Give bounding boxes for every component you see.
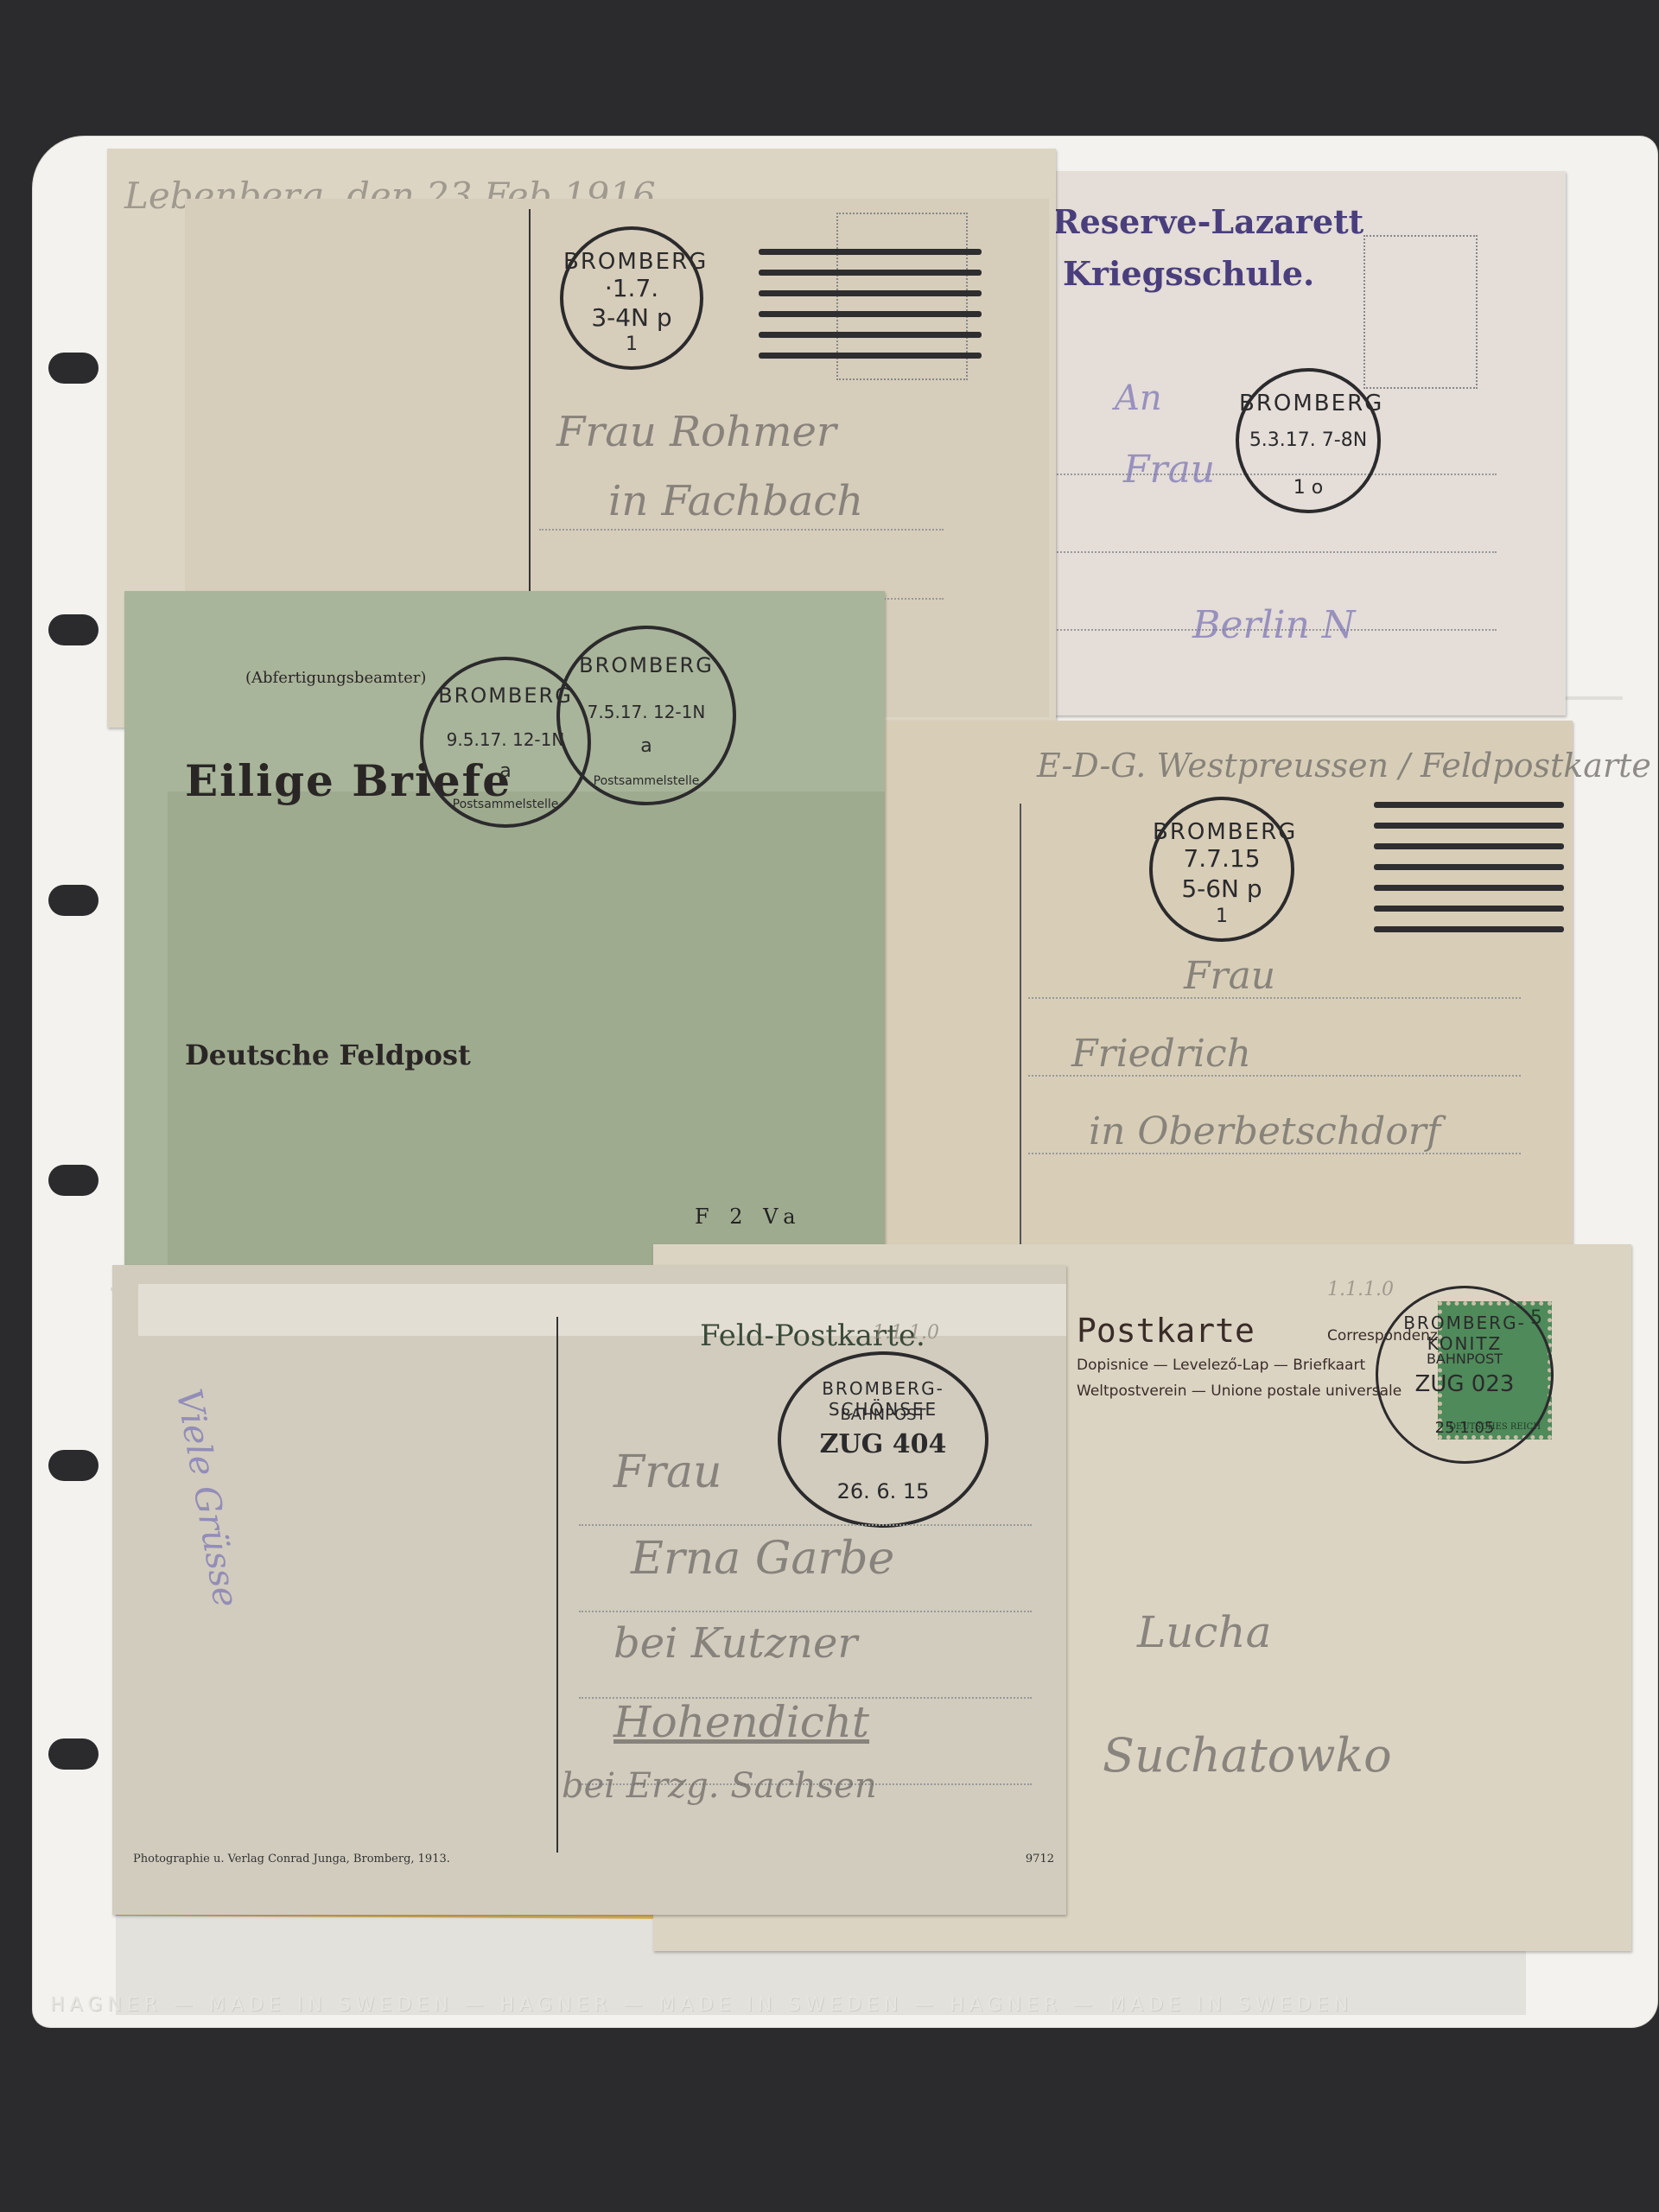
subtitle-deutsche-feldpost: Deutsche Feldpost [185, 1039, 471, 1071]
postcard-lazarett: Reserve-Lazarett Kriegsschule. An Frau B… [1037, 171, 1566, 715]
handwriting: in Fachbach [608, 477, 863, 525]
pencil-note: 1.1.1.0 [1327, 1279, 1394, 1300]
killer-bars [759, 249, 982, 373]
printed-header-line2: Kriegsschule. [1063, 254, 1314, 293]
handwriting: in Oberbetschdorf [1089, 1109, 1440, 1154]
divider-line [529, 209, 531, 641]
killer-bars [1374, 802, 1564, 947]
stamp-box [1363, 235, 1478, 389]
binder-hole [48, 885, 99, 916]
pencil-note: 1.1.1.0 [873, 1322, 939, 1344]
handwriting: Frau [1184, 954, 1275, 998]
handwriting: Erna Garbe [631, 1533, 894, 1585]
address-line [1028, 997, 1521, 999]
binder-hole [48, 1165, 99, 1196]
postmark-bahnpost: BROMBERG-KONITZ BAHNPOST ZUG 023 25.1.05 [1376, 1286, 1554, 1464]
handwriting: Berlin N [1192, 603, 1355, 647]
printed-postkarte: Postkarte [1077, 1312, 1255, 1350]
green-feldpost-envelope: (Abfertigungsbeamter) Eilige Briefe Deut… [124, 591, 885, 1282]
handwriting: bei Kutzner [613, 1619, 857, 1668]
handwritten-header: E-D-G. Westpreussen / Feldpostkarte [1037, 747, 1651, 785]
address-line [1054, 551, 1497, 553]
address-line [539, 529, 944, 531]
handwriting: Frau [613, 1446, 721, 1498]
binder-hole [48, 1450, 99, 1481]
handwriting: Frau Rohmer [556, 408, 836, 456]
binder-hole [48, 353, 99, 384]
handwriting-message: Viele Grüsse [168, 1386, 246, 1610]
handwriting: bei Erzg. Sachsen [562, 1766, 877, 1806]
printed-header-line1: Reserve-Lazarett [1052, 202, 1363, 241]
feldpostkarte-bromberg-schoensee: Feld-Postkarte. 1.1.1.0 BROMBERG-SCHÖNSE… [112, 1265, 1066, 1915]
address-line [579, 1524, 1032, 1526]
address-line [1028, 1075, 1521, 1077]
printed-weltpostverein: Weltpostverein — Unione postale universa… [1077, 1382, 1402, 1400]
label-abfertigungsbeamter: (Abfertigungsbeamter) [245, 669, 426, 687]
handwriting: Friedrich [1071, 1032, 1251, 1076]
binder-hole [48, 1738, 99, 1770]
divider-line [1020, 804, 1021, 1270]
handwriting: Lucha [1137, 1607, 1271, 1657]
postmark-bromberg: BROMBERG 5.3.17. 7-8N 1 o [1236, 368, 1381, 513]
handwriting: Frau [1123, 448, 1215, 492]
postmark-bahnpost-zug404: BROMBERG-SCHÖNSEE BAHNPOST ZUG 404 26. 6… [778, 1351, 988, 1528]
handwriting: An [1115, 378, 1162, 418]
printed-languages: Dopisnice — Levelező-Lap — Briefkaart [1077, 1357, 1365, 1374]
address-line [1028, 1153, 1521, 1154]
postmark-bromberg: BROMBERG ·1.7. 3-4N p 1 [560, 226, 703, 370]
divider-line [556, 1317, 558, 1853]
postcard-1915: E-D-G. Westpreussen / Feldpostkarte BROM… [864, 721, 1573, 1291]
address-line [579, 1611, 1032, 1612]
form-code: F 2 Va [695, 1205, 803, 1229]
handwriting: Suchatowko [1103, 1728, 1392, 1783]
postmark-bromberg-b: BROMBERG 7.5.17. 12-1N a Postsammelstell… [556, 626, 736, 805]
binder-hole [48, 614, 99, 645]
publisher-imprint: Photographie u. Verlag Conrad Junga, Bro… [133, 1853, 450, 1866]
handwriting: Hohendicht [613, 1697, 869, 1747]
postmark-bromberg: BROMBERG 7.7.15 5-6N p 1 [1149, 797, 1294, 942]
embossed-brand: HAGNER — MADE IN SWEDEN — HAGNER — MADE … [50, 1994, 1353, 2016]
card-number: 9712 [1026, 1853, 1054, 1866]
